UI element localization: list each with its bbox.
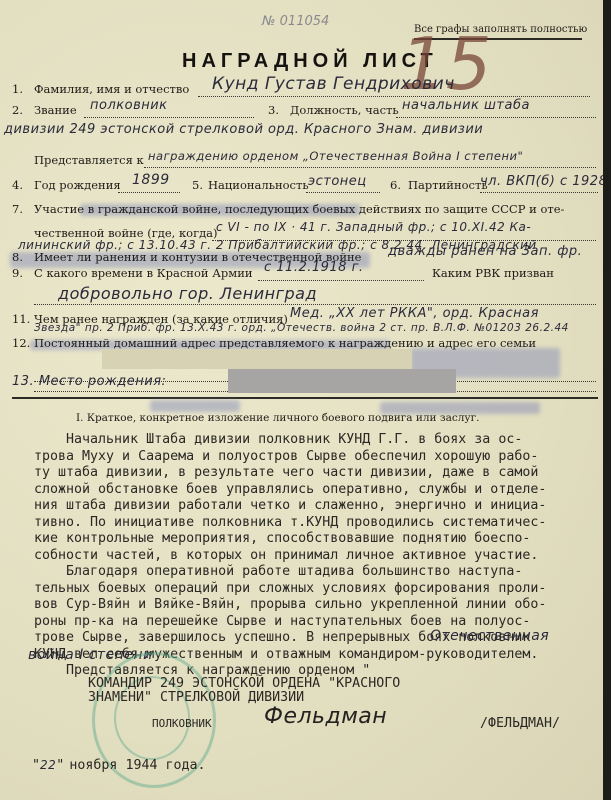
field-3-label: Должность, часть [290, 103, 399, 117]
body-line: Благодаря оперативной работе штадива бол… [34, 564, 546, 581]
field-7-value: с VI - по IX · 41 г. Западный фр.; с 10.… [216, 220, 531, 234]
signature: Фельдман [264, 704, 387, 729]
redacted-address [102, 349, 412, 369]
field-4-label: Год рождения [34, 178, 121, 192]
field-12-number: 12. [12, 336, 30, 350]
field-1-value: Кунд Густав Гендрихович [212, 74, 455, 94]
field-1-number: 1. [12, 82, 23, 96]
field-3-number: 3. [268, 103, 279, 117]
field-3-value: начальник штаба [402, 98, 530, 113]
field-3-line [396, 117, 596, 118]
field-7-number: 7. [12, 202, 23, 216]
body-line: собности частей, в которых он принимал л… [34, 548, 546, 565]
nominated-value: награждению орденом „Отечественная Война… [148, 149, 523, 163]
field-11-value: Мед. „XX лет РККА", орд. Красная [290, 306, 539, 321]
field-5-label: Национальность [208, 178, 309, 192]
body-line: тивно. По инициативе полковника т.КУНД п… [34, 515, 546, 532]
field-9-number: 9. [12, 266, 23, 280]
field-2-number: 2. [12, 103, 23, 117]
field-10-line [34, 304, 596, 305]
body-line: Начальник Штаба дивизии полковник КУНД Г… [34, 432, 546, 449]
body-line: кие контрольные мероприятия, способствов… [34, 531, 546, 548]
field-10-value: добровольно гор. Ленинград [58, 284, 317, 303]
field-2-value: полковник [90, 98, 168, 113]
award-sheet-page: № 011054 Все графы заполнять полностью Н… [0, 0, 603, 800]
field-4-line [118, 192, 180, 193]
date-line: "22" ноября 1944 года. [32, 754, 206, 775]
field-11-number: 11. [12, 312, 30, 326]
field-9-value: с 11.2.1918 г. [264, 260, 364, 275]
body-line: вов Сур-Вяйн и Вяйке-Вяйн, прорыва сильн… [34, 597, 546, 614]
field-3-value-cont: дивизии 249 эстонской стрелковой орд. Кр… [4, 122, 483, 137]
field-13-label: 13. Место рождения: [12, 374, 166, 389]
field-4-number: 4. [12, 178, 23, 192]
field-8-value: дважды ранен на Зап. фр. [388, 244, 582, 259]
date-rest: ноября 1944 года. [69, 758, 205, 773]
field-9-label: С какого времени в Красной Армии [34, 266, 253, 280]
field-2-label: Звание [34, 103, 77, 117]
signatory-rank: ПОЛКОВНИК [152, 716, 212, 733]
field-13-label-text: Место рождения: [39, 374, 167, 389]
field-5-value: эстонец [308, 174, 367, 189]
field-2-line [84, 117, 254, 118]
field-6-line [480, 192, 598, 193]
date-quote-close: " [56, 758, 64, 773]
field-1-label: Фамилия, имя и отчество [34, 82, 189, 96]
body-line: ту штаба дивизии, в результате чего част… [34, 465, 546, 482]
section-separator [12, 397, 598, 399]
nominated-line [144, 167, 596, 168]
section-heading: I. Краткое, конкретное изложение личного… [76, 412, 479, 424]
field-8-number: 8. [12, 250, 23, 264]
field-4-value: 1899 [132, 172, 170, 188]
field-5-number: 5. [192, 178, 203, 192]
body-line: трова Муху и Саарема и полуостров Сырве … [34, 449, 546, 466]
date-day: 22 [40, 758, 56, 772]
redacted-birthplace [228, 369, 456, 393]
ink-offset-smear [150, 400, 240, 412]
field-1-line [198, 96, 590, 97]
archive-number: № 011054 [262, 14, 329, 29]
field-6-label: Партийность [408, 178, 488, 192]
field-6-value: чл. ВКП(б) с 1928 г. [480, 174, 603, 189]
award-handwritten-1: Отечественная [430, 628, 549, 644]
field-7-label: Участие в гражданской войне, последующих… [34, 202, 564, 216]
body-line: сложной обстановке боев управлялись опер… [34, 482, 546, 499]
field-12-label: Постоянный домашний адрес представляемог… [34, 336, 536, 350]
body-line: ния штаба дивизии работали четко и слаже… [34, 498, 546, 515]
field-10-label: Каким РВК призван [432, 266, 554, 280]
signatory-name: /ФЕЛЬДМАН/ [480, 716, 560, 733]
body-line: тельных боевых операций при сложных усло… [34, 581, 546, 598]
field-11-value-cont: Звезда" пр. 2 Приб. фр. 13.X.43 г. орд. … [34, 322, 569, 334]
scan-edge [603, 0, 611, 800]
field-6-number: 6. [390, 178, 401, 192]
date-quote-open: " [32, 758, 40, 773]
field-13-number: 13. [12, 374, 34, 389]
field-5-line [306, 192, 380, 193]
nominated-label: Представляется к [34, 153, 144, 167]
field-9-line [258, 280, 424, 281]
